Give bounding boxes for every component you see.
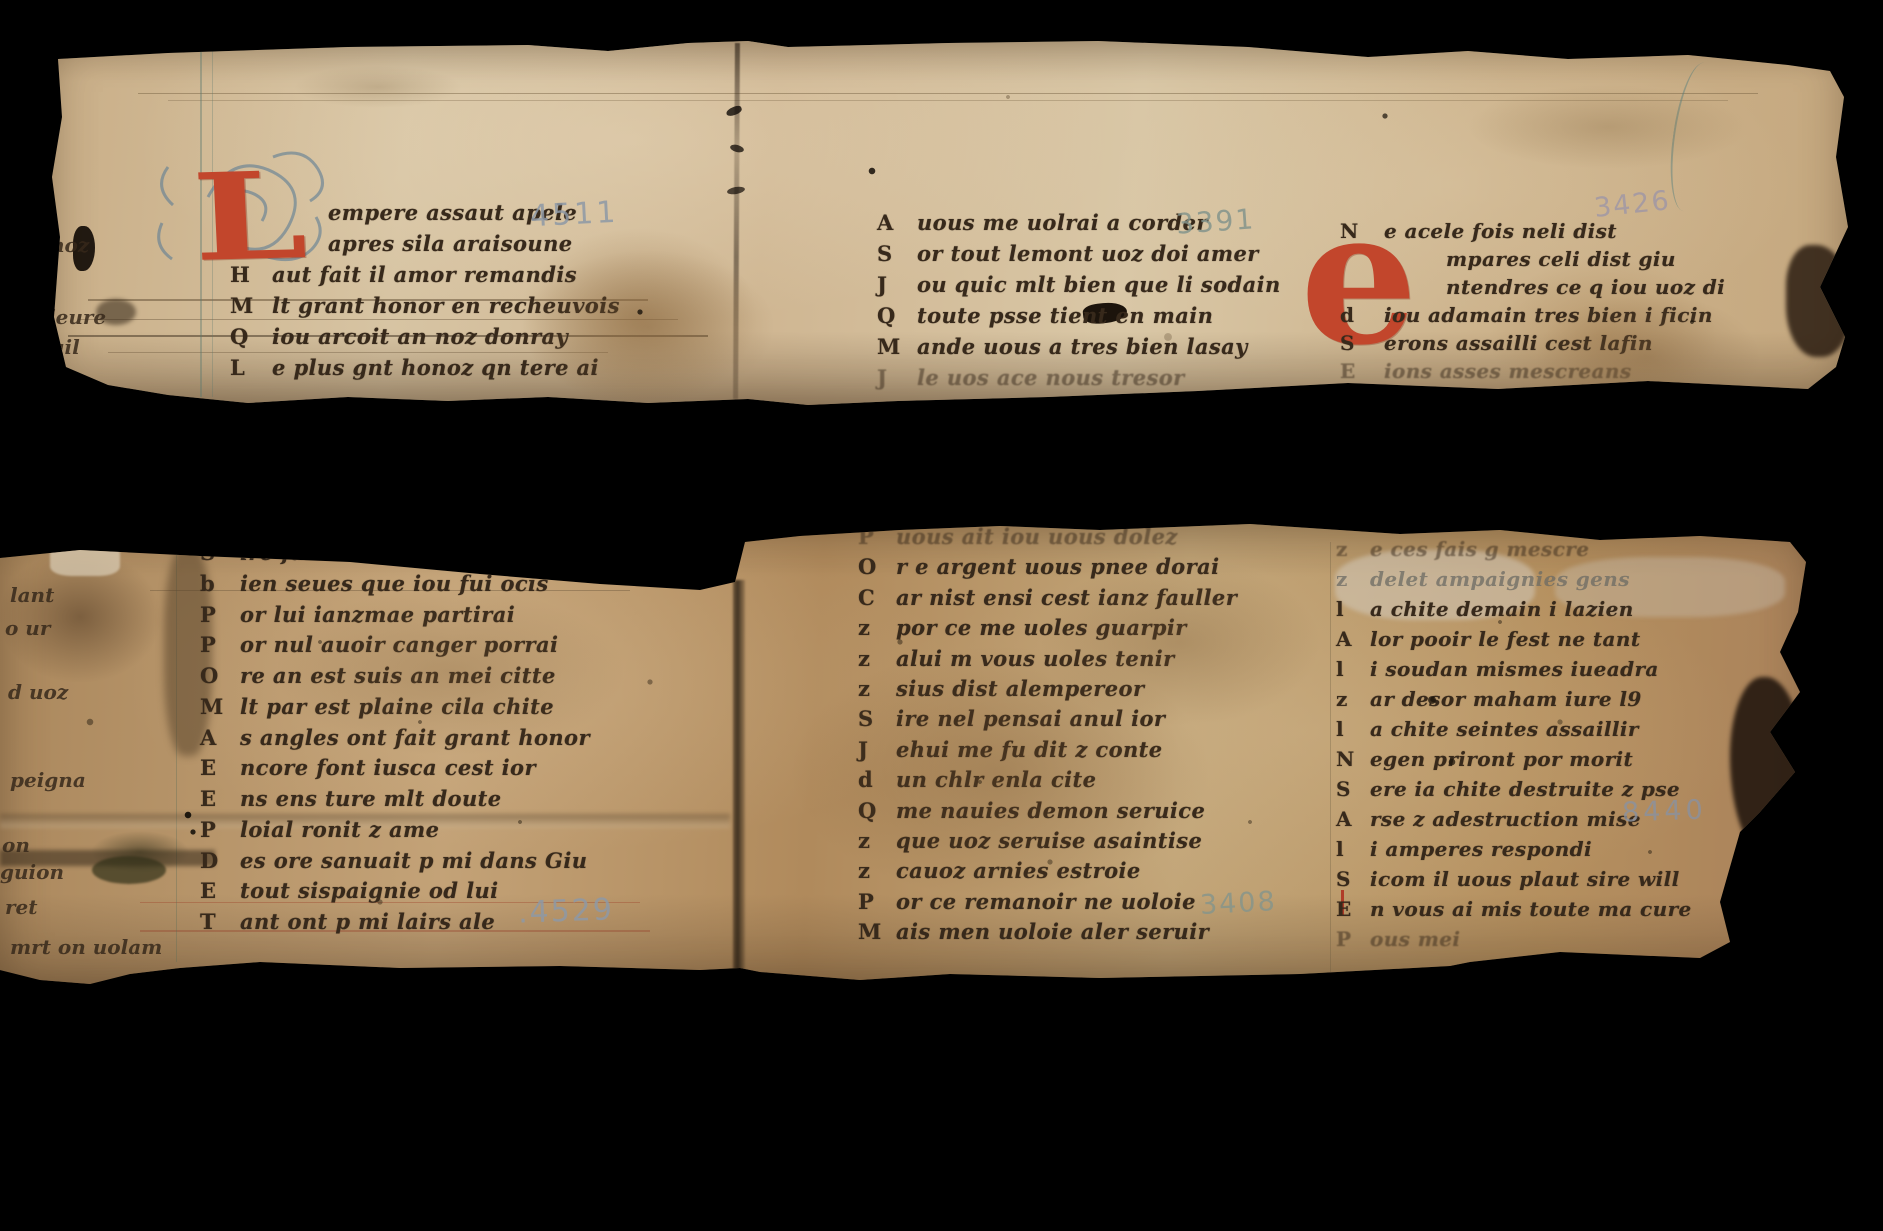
- line-initial: l: [1336, 654, 1370, 684]
- line-text: ant ont p mi lairs ale: [240, 909, 495, 934]
- ruling-line-vertical: [1330, 542, 1331, 972]
- line-initial: S: [858, 704, 896, 734]
- line-initial: O: [858, 552, 896, 582]
- pencil-line-number: 8440: [1621, 795, 1707, 829]
- text-column-top-right: Ne acele fois neli distmpares celi dist …: [1340, 217, 1725, 385]
- verse-line: li amperes respondi: [1336, 834, 1692, 864]
- line-initial: H: [230, 259, 272, 290]
- line-text: e plus gnt honoz qn tere ai: [272, 355, 599, 380]
- pencil-line-number: .4529: [517, 892, 614, 930]
- verse-line: zdelet ampaignies gens: [1336, 564, 1692, 594]
- verse-line: Sicom il uous plaut sire will: [1336, 864, 1692, 894]
- cut-off-text-fragment: on: [2, 833, 30, 857]
- line-text: erons assailli cest lafin: [1384, 331, 1653, 355]
- line-text: or lui ianzmae partirai: [240, 602, 515, 627]
- line-initial: A: [200, 723, 240, 754]
- cut-off-text-fragment: mrt on uolam: [10, 935, 162, 959]
- line-initial: C: [858, 583, 896, 613]
- line-initial: E: [200, 876, 240, 907]
- line-initial: b: [200, 569, 240, 600]
- verse-line: zsius dist alempereor: [858, 674, 1237, 704]
- verse-line: zcauoz arnies estroie: [858, 856, 1237, 886]
- ink-spot: [1794, 636, 1805, 648]
- line-text: or nul auoir canger porrai: [240, 632, 558, 657]
- line-text: ehui me fu dit z conte: [896, 737, 1163, 762]
- line-text: egen priront por morit: [1370, 747, 1633, 771]
- line-text: lt par est plaine cila chite: [240, 694, 554, 719]
- verse-line: dun chlr enla cite: [858, 765, 1237, 795]
- cut-off-text-fragment: uil: [50, 335, 80, 359]
- line-text: sius dist alempereor: [896, 676, 1144, 701]
- line-initial: T: [200, 907, 240, 938]
- pencil-line-number: 4511: [529, 195, 619, 235]
- line-text: uous ait iou uous dolez: [896, 524, 1178, 549]
- line-initial: P: [858, 887, 896, 917]
- line-initial: E: [1336, 894, 1370, 924]
- line-initial: M: [230, 290, 272, 321]
- line-text: es ore sanuait p mi dans Giu: [240, 848, 587, 873]
- line-text: apres sila araisoune: [328, 231, 573, 256]
- verse-line: Mais men uoloie aler seruir: [858, 917, 1237, 947]
- line-initial: P: [1336, 924, 1370, 954]
- verse-line: Sor tout lemont uoz doi amer: [877, 238, 1281, 269]
- line-text: ous mei: [1370, 927, 1460, 951]
- verse-line: Ore an est suis an mei citte: [200, 661, 590, 692]
- line-initial: z: [858, 644, 896, 674]
- line-initial: S: [1336, 864, 1370, 894]
- line-initial: S: [877, 238, 917, 269]
- line-text: or ce remanoir ne uoloie: [896, 889, 1196, 914]
- line-text: uous me uolrai a corder: [917, 210, 1208, 235]
- line-text: i soudan mismes iueadra: [1370, 657, 1659, 681]
- verse-line: zar desor maham iure l9: [1336, 684, 1692, 714]
- line-initial: l: [1336, 714, 1370, 744]
- verse-line: Jle uos ace nous tresor: [877, 362, 1281, 393]
- manuscript-photo: L e empere assaut apeleapres sila araiso…: [0, 0, 1883, 1231]
- line-text: ais men uoloie aler seruir: [896, 919, 1209, 944]
- line-initial: z: [858, 826, 896, 856]
- verse-line: Sire nel pensai anul ior: [858, 704, 1237, 734]
- verse-line: Por ce remanoir ne uoloie: [858, 887, 1237, 917]
- line-initial: d: [1340, 301, 1384, 329]
- verse-line: Por lui ianzmae partirai: [200, 600, 590, 631]
- line-initial: z: [858, 613, 896, 643]
- verse-line: Qtoute psse tient en main: [877, 300, 1281, 331]
- line-initial: z: [858, 856, 896, 886]
- verse-line: zpor ce me uoles guarpir: [858, 613, 1237, 643]
- line-text: por ce me uoles guarpir: [896, 615, 1187, 640]
- verse-line: Mlt grant honor en recheuvois: [230, 290, 620, 321]
- line-initial: M: [858, 917, 896, 947]
- verse-line: Negen priront por morit: [1336, 744, 1692, 774]
- line-text: icom il uous plaut sire will: [1370, 867, 1680, 891]
- verse-line: bien seues que iou fui ocis: [200, 569, 590, 600]
- line-text: un chlr enla cite: [896, 767, 1096, 792]
- verse-line: Alor pooir le fest ne tant: [1336, 624, 1692, 654]
- ruling-line-vertical: [176, 542, 177, 962]
- line-text: tout sispaignie od lui: [240, 878, 499, 903]
- line-text: aut fait il amor remandis: [272, 262, 577, 287]
- line-initial: S: [1340, 329, 1384, 357]
- line-initial: N: [1336, 744, 1370, 774]
- verse-line: Serons assailli cest lafin: [1340, 329, 1725, 357]
- ruling-line: [138, 93, 1758, 94]
- line-text: ncore font iusca cest ior: [240, 755, 536, 780]
- line-text: ire fait il vre merci: [240, 540, 470, 565]
- pencil-line-number: 3408: [1199, 886, 1277, 921]
- line-initial: P: [200, 815, 240, 846]
- verse-line: Encore font iusca cest ior: [200, 753, 590, 784]
- line-initial: A: [877, 207, 917, 238]
- hole: [1786, 245, 1852, 357]
- line-text: alui m vous uoles tenir: [896, 646, 1175, 671]
- line-text: re an est suis an mei citte: [240, 663, 556, 688]
- line-text: s angles ont fait grant honor: [240, 725, 590, 750]
- verse-line: Des ore sanuait p mi dans Giu: [200, 846, 590, 877]
- verse-line: zque uoz seruise asaintise: [858, 826, 1237, 856]
- line-initial: P: [200, 600, 240, 631]
- verse-line: ze ces fais g mescre: [1336, 534, 1692, 564]
- verse-line: Mande uous a tres bien lasay: [877, 331, 1281, 362]
- line-initial: A: [1336, 804, 1370, 834]
- line-text: ande uous a tres bien lasay: [917, 334, 1248, 359]
- line-text: ar nist ensi cest ianz fauller: [896, 585, 1237, 610]
- line-initial: M: [877, 331, 917, 362]
- line-text: iou adamain tres bien i ficin: [1384, 303, 1713, 327]
- line-initial: N: [1340, 217, 1384, 245]
- verse-line: Haut fait il amor remandis: [230, 259, 620, 290]
- line-text: a chite demain i lazien: [1370, 597, 1634, 621]
- line-initial: l: [1336, 594, 1370, 624]
- verse-line: Pous mei: [1336, 924, 1692, 954]
- line-initial: E: [1340, 357, 1384, 385]
- verse-line: Jou quic mlt bien que li sodain: [877, 269, 1281, 300]
- verse-line: ntendres ce q iou uoz di: [1340, 273, 1725, 301]
- line-initial: M: [200, 692, 240, 723]
- line-text: ar desor maham iure l9: [1370, 687, 1642, 711]
- line-initial: Q: [230, 321, 272, 352]
- line-initial: S: [1336, 774, 1370, 804]
- line-text: ntendres ce q iou uoz di: [1446, 275, 1725, 299]
- line-text: que uoz seruise asaintise: [896, 828, 1202, 853]
- cut-off-text-fragment: lant: [10, 583, 54, 607]
- verse-line: Or e argent uous pnee dorai: [858, 552, 1237, 582]
- line-text: lor pooir le fest ne tant: [1370, 627, 1640, 651]
- verse-line: Car nist ensi cest ianz fauller: [858, 583, 1237, 613]
- verse-line: diou adamain tres bien i ficin: [1340, 301, 1725, 329]
- verse-line: As angles ont fait grant honor: [200, 723, 590, 754]
- line-text: r e argent uous pnee dorai: [896, 554, 1219, 579]
- line-initial: D: [200, 846, 240, 877]
- line-text: ire nel pensai anul ior: [896, 706, 1165, 731]
- line-initial: z: [1336, 564, 1370, 594]
- verse-line: Qiou arcoit an noz donray: [230, 321, 620, 352]
- line-text: cauoz arnies estroie: [896, 858, 1141, 883]
- line-initial: z: [1336, 684, 1370, 714]
- pencil-line-number: 3391: [1175, 202, 1256, 240]
- line-text: ns ens ture mlt doute: [240, 786, 502, 811]
- line-initial: E: [200, 784, 240, 815]
- text-column-bottom-middle: Puous ait iou uous dolezOr e argent uous…: [858, 522, 1237, 948]
- line-text: toute psse tient en main: [917, 303, 1213, 328]
- cut-off-text-fragment: guion: [0, 860, 64, 884]
- ruling-line: [168, 100, 1728, 101]
- verse-line: li soudan mismes iueadra: [1336, 654, 1692, 684]
- line-initial: L: [230, 352, 272, 383]
- verse-line: mpares celi dist giu: [1340, 245, 1725, 273]
- line-initial: P: [200, 630, 240, 661]
- line-initial: A: [1336, 624, 1370, 654]
- cut-off-text-fragment: noz: [50, 233, 89, 257]
- line-initial: Q: [858, 796, 896, 826]
- line-text: le uos ace nous tresor: [917, 365, 1185, 390]
- line-initial: J: [877, 269, 917, 300]
- line-text: e acele fois neli dist: [1384, 219, 1617, 243]
- line-text: i amperes respondi: [1370, 837, 1592, 861]
- line-text: delet ampaignies gens: [1370, 567, 1630, 591]
- fold-seam: [733, 580, 745, 980]
- parchment-strip-bottom: Sire fait il vre mercibien seues que iou…: [0, 522, 1810, 987]
- line-text: n vous ai mis toute ma cure: [1370, 897, 1692, 921]
- line-text: iou arcoit an noz donray: [272, 324, 568, 349]
- line-text: rse z adestruction mise: [1370, 807, 1641, 831]
- verse-line: En vous ai mis toute ma cure: [1336, 894, 1692, 924]
- line-initial: z: [858, 674, 896, 704]
- line-text: ien seues que iou fui ocis: [240, 571, 549, 596]
- verse-line: la chite seintes assaillir: [1336, 714, 1692, 744]
- line-text: ions asses mescreans: [1384, 359, 1631, 383]
- verse-line: Mlt par est plaine cila chite: [200, 692, 590, 723]
- verse-line: la chite demain i lazien: [1336, 594, 1692, 624]
- cut-off-text-fragment: o ur: [5, 616, 50, 640]
- line-initial: l: [1336, 834, 1370, 864]
- verse-line: Por nul auoir canger porrai: [200, 630, 590, 661]
- line-text: loial ronit z ame: [240, 817, 439, 842]
- line-text: me nauies demon seruice: [896, 798, 1205, 823]
- line-initial: z: [1336, 534, 1370, 564]
- verse-line: Ploial ronit z ame: [200, 815, 590, 846]
- line-text: ou quic mlt bien que li sodain: [917, 272, 1281, 297]
- fold-seam: [733, 43, 740, 399]
- line-initial: E: [200, 753, 240, 784]
- parchment-strip-top: L e empere assaut apeleapres sila araiso…: [48, 37, 1848, 405]
- line-initial: d: [858, 765, 896, 795]
- line-text: or tout lemont uoz doi amer: [917, 241, 1259, 266]
- green-ink-trace: [1663, 60, 1725, 214]
- cut-off-text-fragment: d uoz: [8, 680, 68, 704]
- line-text: lt grant honor en recheuvois: [272, 293, 620, 318]
- line-initial: S: [200, 538, 240, 569]
- stain-mark: [92, 856, 166, 884]
- verse-line: Ens ens ture mlt doute: [200, 784, 590, 815]
- line-initial: O: [200, 661, 240, 692]
- line-text: mpares celi dist giu: [1446, 247, 1676, 271]
- line-initial: J: [877, 362, 917, 393]
- cut-off-text-fragment: leure: [48, 305, 106, 329]
- verse-line: Eions asses mescreans: [1340, 357, 1725, 385]
- cut-off-text-fragment: ret: [5, 895, 38, 919]
- line-initial: J: [858, 735, 896, 765]
- verse-line: Puous ait iou uous dolez: [858, 522, 1237, 552]
- line-initial: Q: [877, 300, 917, 331]
- line-initial: P: [858, 522, 896, 552]
- verse-line: Jehui me fu dit z conte: [858, 735, 1237, 765]
- verse-line: Le plus gnt honoz qn tere ai: [230, 352, 620, 383]
- verse-line: Qme nauies demon seruice: [858, 796, 1237, 826]
- verse-line: Ne acele fois neli dist: [1340, 217, 1725, 245]
- verse-line: Sire fait il vre merci: [200, 538, 590, 569]
- line-text: e ces fais g mescre: [1370, 537, 1589, 561]
- line-text: a chite seintes assaillir: [1370, 717, 1639, 741]
- text-column-bottom-left: Sire fait il vre mercibien seues que iou…: [200, 538, 590, 938]
- repair-patch: [50, 544, 120, 576]
- text-column-bottom-right: ze ces fais g mescrezdelet ampaignies ge…: [1336, 534, 1692, 954]
- verse-line: zalui m vous uoles tenir: [858, 644, 1237, 674]
- cut-off-text-fragment: peigna: [10, 768, 86, 792]
- hole: [1730, 677, 1805, 862]
